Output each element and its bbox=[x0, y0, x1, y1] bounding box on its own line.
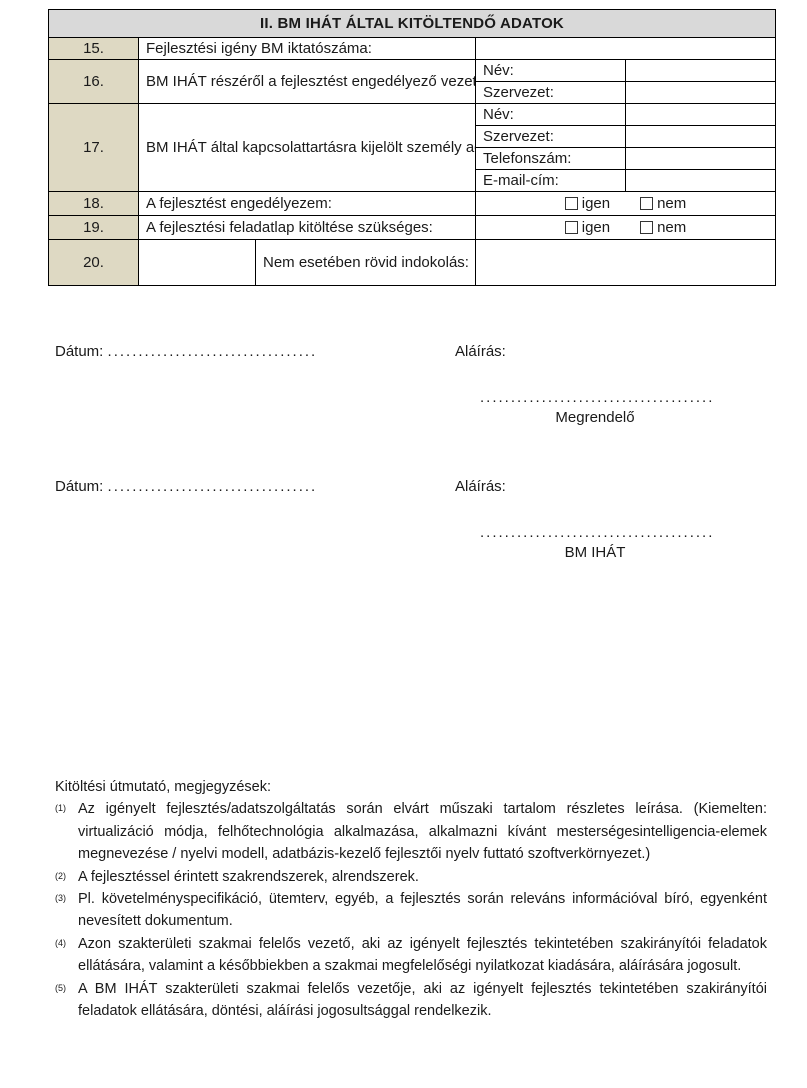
row-16-szervezet-value-field[interactable] bbox=[626, 82, 776, 104]
row-19-options-cell: igen nem bbox=[476, 216, 776, 240]
signer-name: BM IHÁT bbox=[480, 544, 710, 561]
row-16-field-label-nev: Név: bbox=[476, 60, 626, 82]
footnote-4-text: Azon szakterületi szakmai felelős vezető… bbox=[78, 936, 767, 974]
row-17-field-label-telefonszam: Telefonszám: bbox=[476, 148, 626, 170]
row-16-label-text: BM IHÁT részéről a fejlesztést engedélye… bbox=[146, 73, 476, 90]
footnote-2-text: A fejlesztéssel érintett szakrendszerek,… bbox=[78, 869, 419, 885]
row-20-number: 20. bbox=[49, 240, 139, 286]
footnote-1-marker: (1) bbox=[55, 797, 66, 819]
row-17-telefonszam-value-field[interactable] bbox=[626, 148, 776, 170]
row-17-szervezet-value-field[interactable] bbox=[626, 126, 776, 148]
footnote-2-marker: (2) bbox=[55, 865, 66, 887]
checkbox-label-nem: nem bbox=[657, 195, 686, 212]
footnote-5: (5)A BM IHÁT szakterületi szakmai felelő… bbox=[55, 978, 767, 1023]
row-17-number: 17. bbox=[49, 104, 139, 192]
row-19-number: 19. bbox=[49, 216, 139, 240]
row-19-option-nem: nem bbox=[640, 219, 686, 236]
form-page: II. BM IHÁT ÁLTAL KITÖLTENDŐ ADATOK 15. … bbox=[0, 0, 807, 1088]
date-label: Dátum: bbox=[55, 478, 103, 495]
date-fill-line[interactable]: .................................. bbox=[108, 478, 318, 495]
checkbox-nem-row18[interactable] bbox=[640, 197, 653, 210]
row-17-email-value-field[interactable] bbox=[626, 170, 776, 192]
date-line-1: Dátum: .................................… bbox=[55, 343, 317, 360]
row-17-field-label-szervezet: Szervezet: bbox=[476, 126, 626, 148]
row-15-label: Fejlesztési igény BM iktatószáma: bbox=[139, 38, 476, 60]
checkbox-igen-row18[interactable] bbox=[565, 197, 578, 210]
row-17-nev-value-field[interactable] bbox=[626, 104, 776, 126]
date-line-2: Dátum: .................................… bbox=[55, 478, 317, 495]
checkbox-igen-row19[interactable] bbox=[565, 221, 578, 234]
signature-label-1: Aláírás: bbox=[455, 343, 506, 360]
footnote-3-marker: (3) bbox=[55, 887, 66, 909]
footnote-4-marker: (4) bbox=[55, 932, 66, 954]
row-18-number: 18. bbox=[49, 192, 139, 216]
signer-name: Megrendelő bbox=[480, 409, 710, 426]
checkbox-label-igen: igen bbox=[582, 195, 610, 212]
date-fill-line[interactable]: .................................. bbox=[108, 343, 318, 360]
row-16-label: BM IHÁT részéről a fejlesztést engedélye… bbox=[139, 60, 476, 104]
checkbox-nem-row19[interactable] bbox=[640, 221, 653, 234]
checkbox-label-igen: igen bbox=[582, 219, 610, 236]
row-16-nev-value-field[interactable] bbox=[626, 60, 776, 82]
footnote-3-text: Pl. követelményspecifikáció, ütemterv, e… bbox=[78, 891, 767, 929]
footnote-5-text: A BM IHÁT szakterületi szakmai felelős v… bbox=[78, 981, 767, 1019]
row-20-mid-label: Nem esetében rövid indokolás: bbox=[256, 240, 476, 286]
footnote-4: (4)Azon szakterületi szakmai felelős vez… bbox=[55, 933, 767, 978]
row-18-options-cell: igen nem bbox=[476, 192, 776, 216]
signature-fill-line[interactable]: ...................................... bbox=[480, 524, 710, 541]
row-16-field-label-szervezet: Szervezet: bbox=[476, 82, 626, 104]
footnote-5-marker: (5) bbox=[55, 977, 66, 999]
footnote-1: (1)Az igényelt fejlesztés/adatszolgáltat… bbox=[55, 798, 767, 865]
signature-block-bm-ihat: ...................................... B… bbox=[480, 524, 710, 561]
row-20-value-field[interactable] bbox=[476, 240, 776, 286]
checkbox-label-nem: nem bbox=[657, 219, 686, 236]
row-17-field-label-email: E-mail-cím: bbox=[476, 170, 626, 192]
notes-title: Kitöltési útmutató, megjegyzések: bbox=[55, 776, 767, 798]
date-label: Dátum: bbox=[55, 343, 103, 360]
notes-section: Kitöltési útmutató, megjegyzések: (1)Az … bbox=[55, 776, 767, 1022]
row-18-option-nem: nem bbox=[640, 195, 686, 212]
footnote-3: (3)Pl. követelményspecifikáció, ütemterv… bbox=[55, 888, 767, 933]
signature-label-2: Aláírás: bbox=[455, 478, 506, 495]
row-19-option-igen: igen bbox=[565, 219, 610, 236]
row-16-number: 16. bbox=[49, 60, 139, 104]
row-15-number: 15. bbox=[49, 38, 139, 60]
row-18-label: A fejlesztést engedélyezem: bbox=[139, 192, 476, 216]
footnote-2: (2)A fejlesztéssel érintett szakrendszer… bbox=[55, 866, 767, 888]
row-17-field-label-nev: Név: bbox=[476, 104, 626, 126]
signature-block-megrendelo: ...................................... M… bbox=[480, 389, 710, 426]
footnote-1-text: Az igényelt fejlesztés/adatszolgáltatás … bbox=[78, 801, 767, 862]
row-18-option-igen: igen bbox=[565, 195, 610, 212]
row-19-label: A fejlesztési feladatlap kitöltése szüks… bbox=[139, 216, 476, 240]
bm-ihat-data-table: II. BM IHÁT ÁLTAL KITÖLTENDŐ ADATOK 15. … bbox=[48, 9, 776, 286]
table-header-title: II. BM IHÁT ÁLTAL KITÖLTENDŐ ADATOK bbox=[49, 10, 776, 38]
row-20-empty-cell[interactable] bbox=[139, 240, 256, 286]
signature-fill-line[interactable]: ...................................... bbox=[480, 389, 710, 406]
row-15-value-field[interactable] bbox=[476, 38, 776, 60]
row-17-label: BM IHÁT által kapcsolattartásra kijelölt… bbox=[139, 104, 476, 192]
